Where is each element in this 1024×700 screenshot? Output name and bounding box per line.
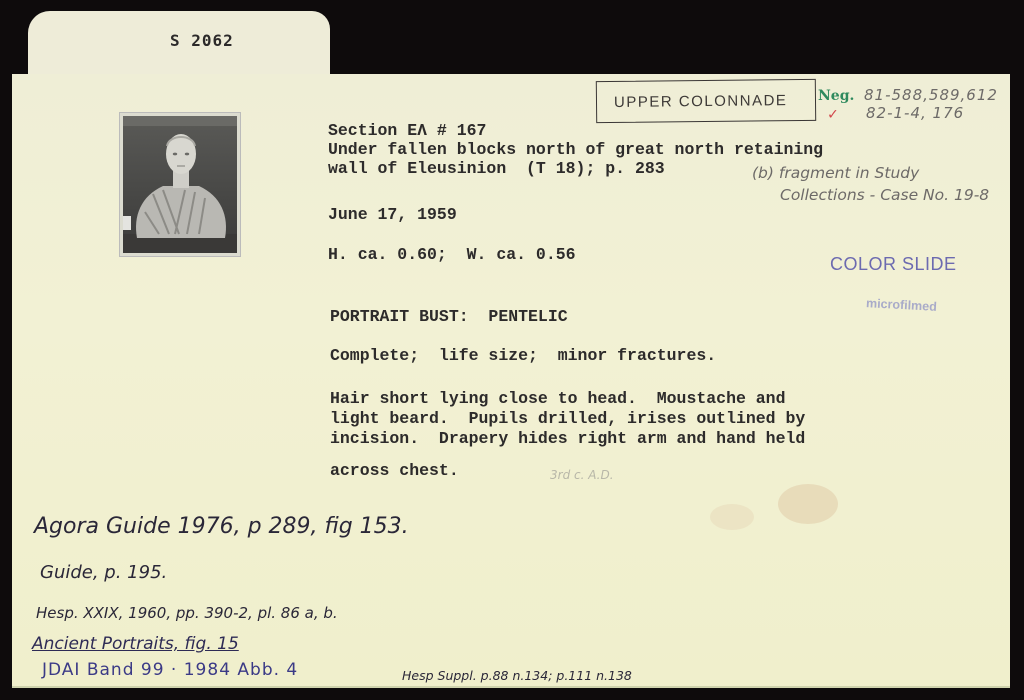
location-stamp-text: UPPER COLONNADE — [614, 92, 788, 111]
color-slide-stamp: COLOR SLIDE — [830, 254, 957, 275]
bibliography-jdai: JDAI Band 99 · 1984 Abb. 4 — [42, 660, 298, 680]
object-type: PORTRAIT BUST: PENTELIC — [330, 307, 568, 326]
location-stamp: UPPER COLONNADE — [596, 79, 816, 123]
findspot-line2: wall of Eleusinion (T 18); p. 283 — [328, 159, 665, 178]
checkmark-icon: ✓ — [828, 104, 838, 124]
description-line4: across chest. — [330, 461, 459, 480]
negative-label: Neg. — [818, 88, 854, 104]
find-date: June 17, 1959 — [328, 205, 457, 224]
bibliography-hesperia: Hesp. XXIX, 1960, pp. 390-2, pl. 86 a, b… — [36, 604, 338, 622]
bibliography-agora-guide: Agora Guide 1976, p 289, fig 153. — [34, 514, 409, 539]
index-card-tab: S 2062 — [28, 11, 330, 81]
description-line3: incision. Drapery hides right arm and ha… — [330, 429, 805, 448]
bibliography-guide: Guide, p. 195. — [40, 562, 167, 583]
paper-stain — [778, 484, 838, 524]
fragment-note-line2: Collections - Case No. 19-8 — [780, 186, 989, 204]
bust-photograph — [119, 112, 241, 257]
bibliography-ancient-portraits: Ancient Portraits, fig. 15 — [32, 634, 239, 654]
paper-stain — [710, 504, 754, 530]
description-line2: light beard. Pupils drilled, irises outl… — [330, 409, 805, 428]
portrait-bust-image — [123, 116, 237, 253]
description-line1: Hair short lying close to head. Moustach… — [330, 389, 785, 408]
dating-note: 3rd c. A.D. — [550, 468, 614, 482]
section-number: Section EΛ # 167 — [328, 121, 486, 140]
fragment-note-line1: (b) fragment in Study — [752, 164, 919, 182]
negative-numbers-line2: 82-1-4, 176 — [866, 104, 964, 122]
condition: Complete; life size; minor fractures. — [330, 346, 716, 365]
negative-numbers-line1: 81-588,589,612 — [864, 86, 998, 104]
dimensions: H. ca. 0.60; W. ca. 0.56 — [328, 245, 576, 264]
inventory-number: S 2062 — [170, 31, 234, 50]
bibliography-hesperia-suppl: Hesp Suppl. p.88 n.134; p.111 n.138 — [402, 668, 632, 683]
findspot-line1: Under fallen blocks north of great north… — [328, 140, 823, 159]
